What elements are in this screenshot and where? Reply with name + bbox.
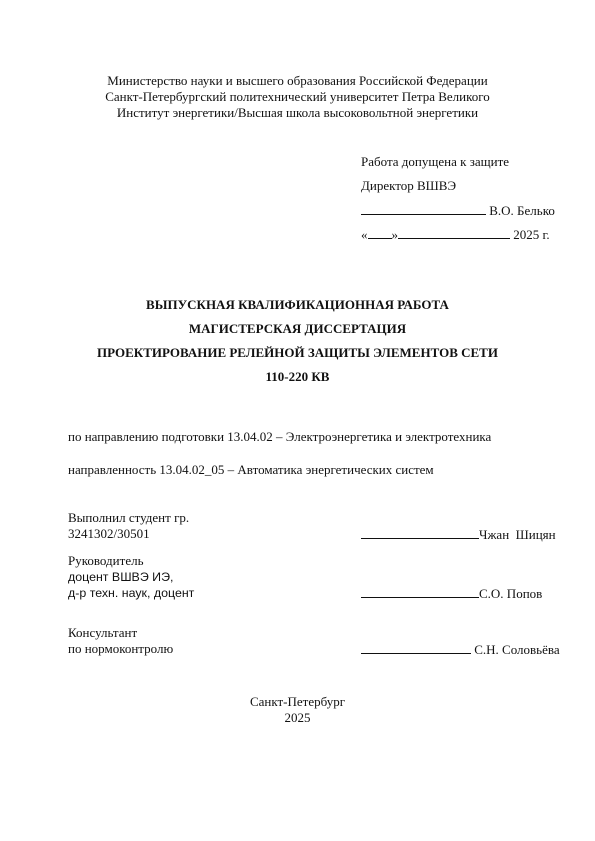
institute-line: Институт энергетики/Высшая школа высоков… xyxy=(0,105,595,121)
thesis-title: ПРОЕКТИРОВАНИЕ РЕЛЕЙНОЙ ЗАЩИТЫ ЭЛЕМЕНТОВ… xyxy=(0,345,595,369)
signature-line xyxy=(361,526,479,539)
university-line: Санкт-Петербургский политехнический унив… xyxy=(0,89,595,105)
supervisor-label: Руководитель доцент ВШВЭ ИЭ, д-р техн. н… xyxy=(68,553,194,601)
month-blank xyxy=(398,226,510,239)
signature-line xyxy=(361,202,486,215)
signature-line xyxy=(361,585,479,598)
work-type: ВЫПУСКНАЯ КВАЛИФИКАЦИОННАЯ РАБОТА xyxy=(0,297,595,321)
director-name: В.О. Белько xyxy=(489,203,555,218)
date-year: 2025 г. xyxy=(513,227,549,242)
signature-line xyxy=(361,641,471,654)
approval-date-row: «» 2025 г. xyxy=(361,226,555,250)
footer-year: 2025 xyxy=(0,710,595,726)
ministry-header: Министерство науки и высшего образования… xyxy=(0,73,595,121)
approval-line: Работа допущена к защите xyxy=(361,154,555,178)
thesis-title-continued: 110-220 КВ xyxy=(0,369,595,393)
director-title: Директор ВШВЭ xyxy=(361,178,555,202)
study-direction: по направлению подготовки 13.04.02 – Эле… xyxy=(68,429,491,445)
approval-block: Работа допущена к защите Директор ВШВЭ В… xyxy=(361,154,555,250)
supervisor-role: Руководитель xyxy=(68,553,194,569)
consultant-role: Консультант xyxy=(68,625,173,641)
consultant-label: Консультант по нормоконтролю xyxy=(68,625,173,657)
thesis-title-block: ВЫПУСКНАЯ КВАЛИФИКАЦИОННАЯ РАБОТА МАГИСТ… xyxy=(0,297,595,393)
supervisor-degree: д-р техн. наук, доцент xyxy=(68,585,194,601)
consultant-area: по нормоконтролю xyxy=(68,641,173,657)
day-blank xyxy=(368,226,392,239)
supervisor-signature-row: С.О. Попов xyxy=(361,585,542,602)
student-label: Выполнил студент гр. 3241302/30501 xyxy=(68,510,189,542)
supervisor-position: доцент ВШВЭ ИЭ, xyxy=(68,569,194,585)
student-signature-row: Чжан Шицян xyxy=(361,526,556,543)
student-label-line: Выполнил студент гр. xyxy=(68,510,189,526)
ministry-line: Министерство науки и высшего образования… xyxy=(0,73,595,89)
consultant-name: С.Н. Соловьёва xyxy=(474,642,559,657)
footer-city: Санкт-Петербург xyxy=(0,694,595,710)
consultant-signature-row: С.Н. Соловьёва xyxy=(361,641,560,658)
student-group: 3241302/30501 xyxy=(68,526,189,542)
director-signature-row: В.О. Белько xyxy=(361,202,555,226)
footer: Санкт-Петербург 2025 xyxy=(0,694,595,726)
student-name: Чжан Шицян xyxy=(479,527,556,542)
study-focus: направленность 13.04.02_05 – Автоматика … xyxy=(68,462,434,478)
degree-type: МАГИСТЕРСКАЯ ДИССЕРТАЦИЯ xyxy=(0,321,595,345)
supervisor-name: С.О. Попов xyxy=(479,586,542,601)
